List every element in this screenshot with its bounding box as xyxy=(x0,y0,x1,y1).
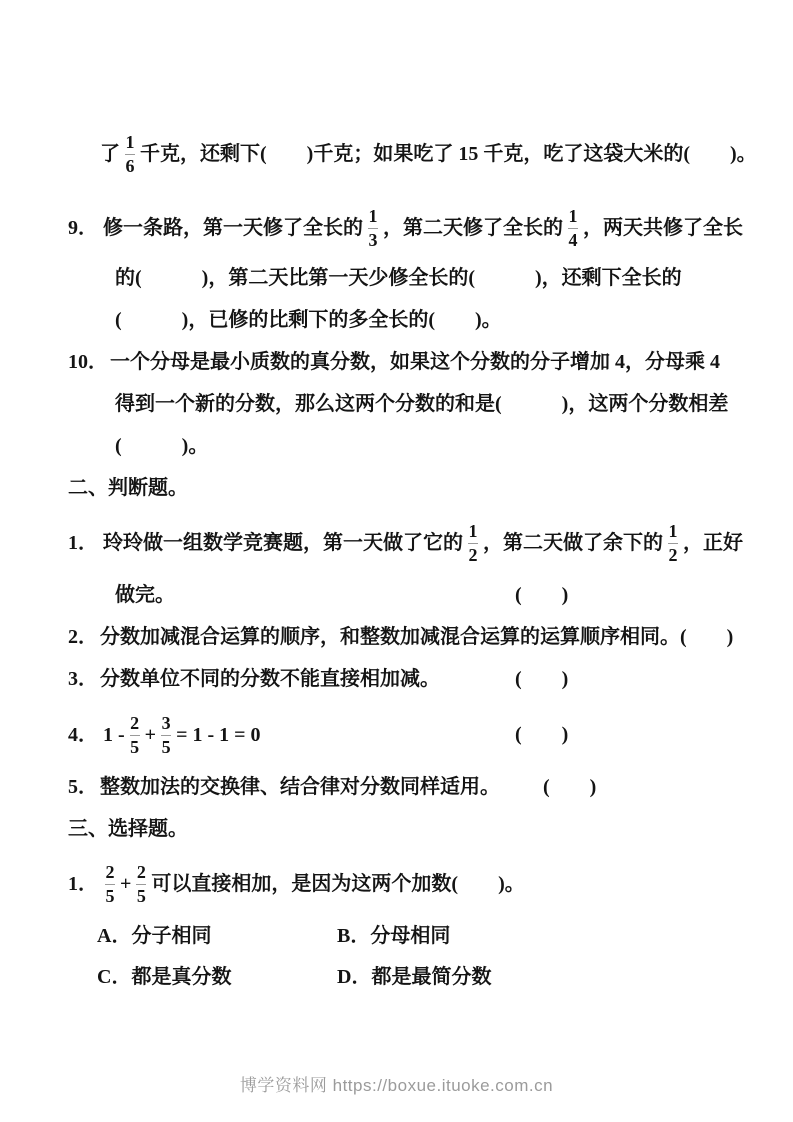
section-header-judge: 二、判断题。 xyxy=(68,475,753,502)
fraction-numerator: 2 xyxy=(137,863,146,882)
fraction-bar xyxy=(468,543,478,544)
fraction: 1 3 xyxy=(368,207,378,250)
choice-options-row-1: A．分子相同 B．分母相同 xyxy=(68,923,753,950)
fill-question-10-line3: ( )。 xyxy=(68,433,753,460)
question-text: 修一条路，第一天修了全长的 xyxy=(103,215,363,242)
question-text: ，正好 xyxy=(683,530,743,557)
fraction-numerator: 1 xyxy=(569,207,578,226)
question-text: 整数加法的交换律、结合律对分数同样适用。 xyxy=(100,776,500,798)
equation-text: + xyxy=(145,722,156,749)
question-number: 1． xyxy=(68,871,98,898)
fraction-denominator: 6 xyxy=(126,157,135,176)
fraction-numerator: 1 xyxy=(469,522,478,541)
answer-blank: ( ) xyxy=(515,582,568,609)
equation-text: 1 - xyxy=(103,722,125,749)
fill-question-10-line2: 得到一个新的分数，那么这两个分数的和是( )，这两个分数相差 xyxy=(68,391,753,418)
fraction: 1 2 xyxy=(468,522,478,565)
fraction: 1 6 xyxy=(125,133,135,176)
question-text: 做完。 xyxy=(115,584,175,606)
judge-question-5: 5．整数加法的交换律、结合律对分数同样适用。 ( ) xyxy=(68,774,753,801)
fraction-bar xyxy=(668,543,678,544)
judge-question-1-line1: 1． 玲玲做一组数学竞赛题，第一天做了它的 1 2 ，第二天做了余下的 1 2 … xyxy=(68,516,753,570)
question-number: 5． xyxy=(68,776,98,798)
question-text: 可以直接相加，是因为这两个加数( )。 xyxy=(151,871,524,898)
fraction: 2 5 xyxy=(130,714,140,757)
fraction-numerator: 1 xyxy=(126,133,135,152)
equation-text: = 1 - 1 = 0 xyxy=(176,722,260,749)
fraction-denominator: 5 xyxy=(162,738,171,757)
fraction-bar xyxy=(105,884,115,885)
fraction: 1 4 xyxy=(568,207,578,250)
fraction-numerator: 3 xyxy=(162,714,171,733)
question-number: 9． xyxy=(68,215,98,242)
fraction: 3 5 xyxy=(161,714,171,757)
answer-blank: ( ) xyxy=(543,774,596,801)
judge-question-1-line2: 做完。 ( ) xyxy=(68,582,753,609)
fill-question-9-line3: ( )，已修的比剩下的多全长的( )。 xyxy=(68,307,753,334)
fraction-denominator: 2 xyxy=(469,546,478,565)
fraction-denominator: 5 xyxy=(137,887,146,906)
watermark-footer: 博学资料网 https://boxue.ituoke.com.cn xyxy=(0,1071,793,1096)
question-text: 玲玲做一组数学竞赛题，第一天做了它的 xyxy=(103,530,463,557)
equation-text: + xyxy=(120,871,131,898)
fraction-bar xyxy=(136,884,146,885)
fraction: 2 5 xyxy=(136,863,146,906)
answer-blank: ( ) xyxy=(680,626,733,648)
question-number: 3． xyxy=(68,668,98,690)
fraction-bar xyxy=(568,228,578,229)
choice-question-1: 1． 2 5 + 2 5 可以直接相加，是因为这两个加数( )。 xyxy=(68,857,753,911)
question-text: ，第二天做了余下的 xyxy=(483,530,663,557)
fraction-numerator: 2 xyxy=(106,863,115,882)
fraction-numerator: 1 xyxy=(369,207,378,226)
section-header-choice: 三、选择题。 xyxy=(68,816,753,843)
question-text: 一个分母是最小质数的真分数，如果这个分数的分子增加 4，分母乘 4 xyxy=(110,351,720,373)
fraction-denominator: 4 xyxy=(569,231,578,250)
judge-question-4: 4． 1 - 2 5 + 3 5 = 1 - 1 = 0 ( ) xyxy=(68,708,753,762)
fraction: 1 2 xyxy=(668,522,678,565)
fraction-denominator: 2 xyxy=(669,546,678,565)
judge-question-2: 2．分数加减混合运算的顺序，和整数加减混合运算的运算顺序相同。( ) xyxy=(68,624,753,651)
question-number: 1． xyxy=(68,530,98,557)
question-text: ，第二天修了全长的 xyxy=(383,215,563,242)
worksheet-page: 了 1 6 千克，还剩下( )千克；如果吃了 15 千克，吃了这袋大米的( )。… xyxy=(0,0,793,1122)
question-text: ，两天共修了全长 xyxy=(583,215,743,242)
fraction-bar xyxy=(130,735,140,736)
fraction-numerator: 2 xyxy=(130,714,139,733)
fraction: 2 5 xyxy=(105,863,115,906)
answer-blank: ( ) xyxy=(515,722,568,749)
judge-question-3: 3．分数单位不同的分数不能直接相加减。 ( ) xyxy=(68,666,753,693)
fill-question-9-line1: 9． 修一条路，第一天修了全长的 1 3 ，第二天修了全长的 1 4 ，两天共修… xyxy=(68,201,753,255)
fill-question-10-line1: 10．一个分母是最小质数的真分数，如果这个分数的分子增加 4，分母乘 4 xyxy=(68,349,753,376)
option-a: A．分子相同 xyxy=(97,923,337,950)
option-d: D．都是最简分数 xyxy=(337,964,491,991)
fraction-bar xyxy=(161,735,171,736)
answer-blank: ( ) xyxy=(515,666,568,693)
fraction-denominator: 3 xyxy=(369,231,378,250)
option-b: B．分母相同 xyxy=(337,923,450,950)
fraction-denominator: 5 xyxy=(130,738,139,757)
fraction-denominator: 5 xyxy=(106,887,115,906)
fill-question-9-line2: 的( )，第二天比第一天少修全长的( )，还剩下全长的 xyxy=(68,265,753,292)
question-text: 分数加减混合运算的顺序，和整数加减混合运算的运算顺序相同。 xyxy=(100,626,680,648)
question-number: 4． xyxy=(68,722,98,749)
fraction-numerator: 1 xyxy=(669,522,678,541)
question-number: 2． xyxy=(68,626,98,648)
fraction-bar xyxy=(368,228,378,229)
question-text: 千克，还剩下( )千克；如果吃了 15 千克，吃了这袋大米的( )。 xyxy=(140,141,757,168)
question-number: 10． xyxy=(68,351,108,373)
fill-question-8-tail: 了 1 6 千克，还剩下( )千克；如果吃了 15 千克，吃了这袋大米的( )。 xyxy=(68,127,753,181)
option-c: C．都是真分数 xyxy=(97,964,337,991)
question-text: 分数单位不同的分数不能直接相加减。 xyxy=(100,668,440,690)
choice-options-row-2: C．都是真分数 D．都是最简分数 xyxy=(68,964,753,991)
question-text: 了 xyxy=(100,141,120,168)
fraction-bar xyxy=(125,154,135,155)
